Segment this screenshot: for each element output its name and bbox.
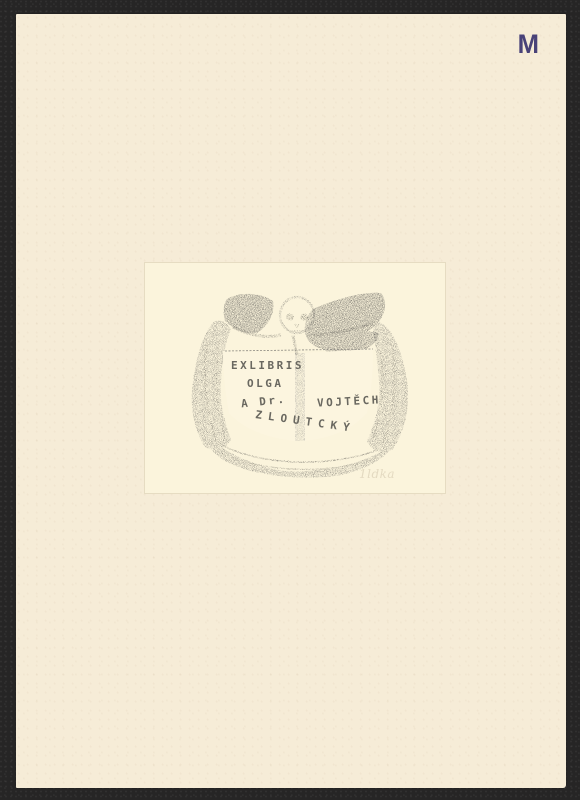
bookplate-card: EXLIBRIS OLGA A Dr. VOJTĚCH ZLOUTCKÝ 1ld… <box>144 262 446 494</box>
pencil-annotation: 1ldka <box>359 467 395 481</box>
mount-sheet: M <box>16 14 566 788</box>
bookplate-illustration <box>145 263 447 495</box>
bookplate-text-exlibris: EXLIBRIS <box>231 359 304 372</box>
bookplate-text-owner-first: OLGA <box>247 377 284 390</box>
collection-stamp-letter: M <box>518 29 539 60</box>
